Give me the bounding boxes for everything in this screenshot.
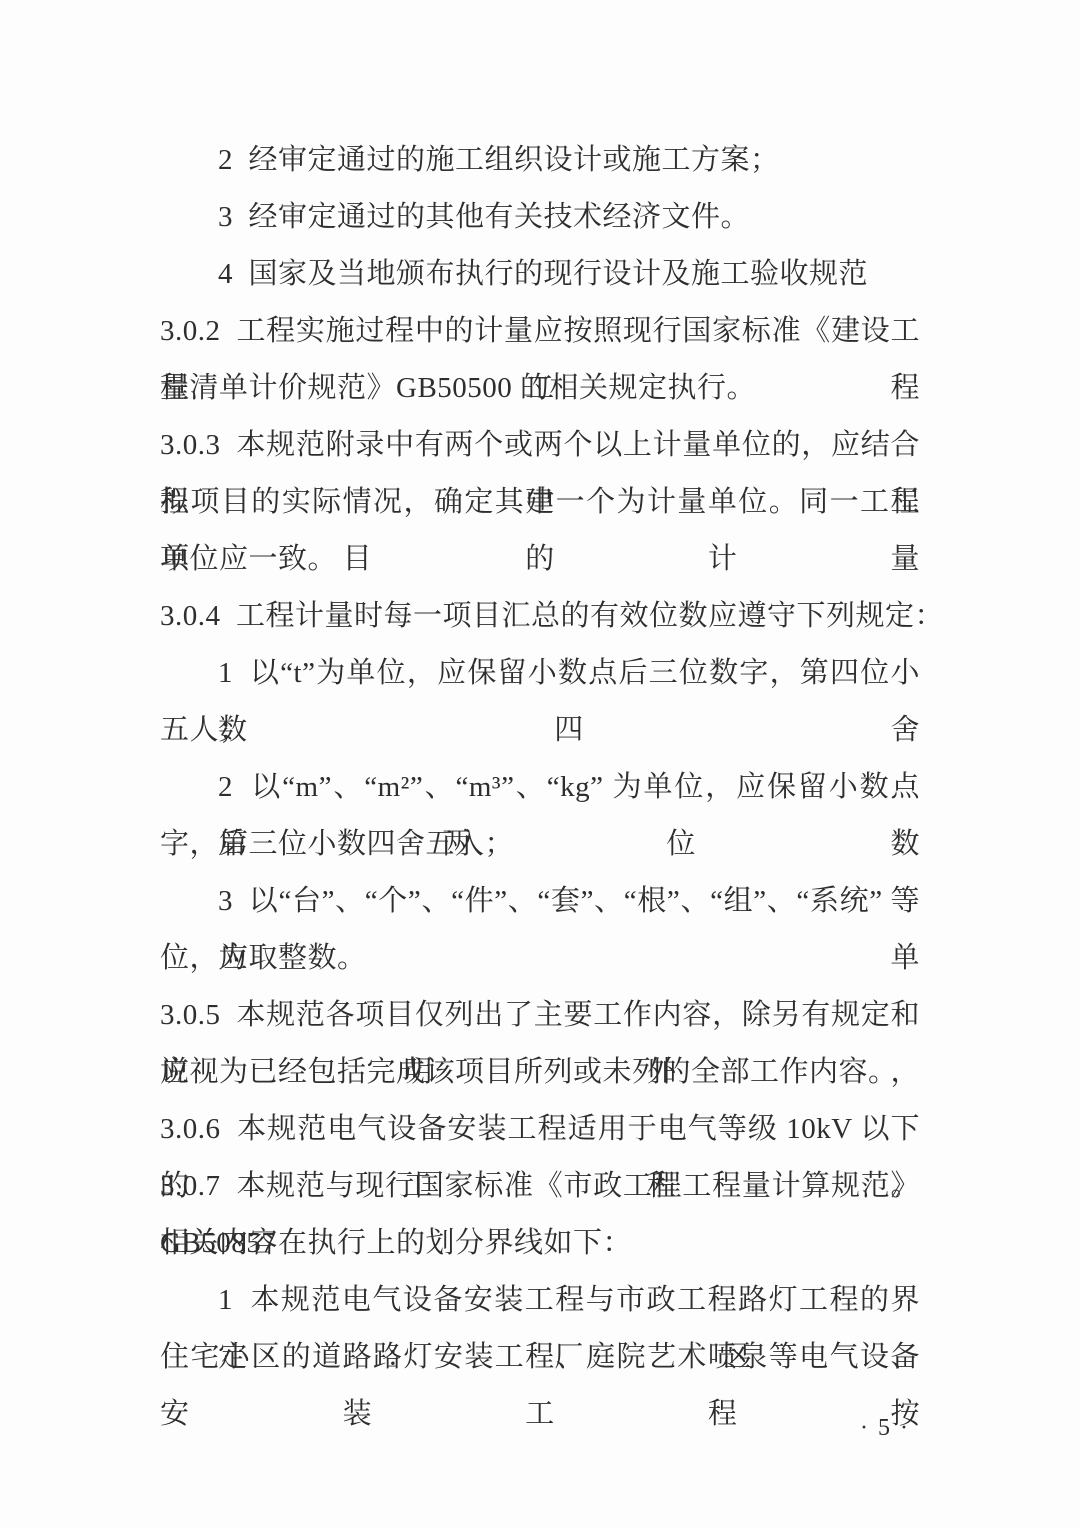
text-line: 2 经审定通过的施工组织设计或施工方案； — [160, 132, 920, 189]
text-line: 3.0.4 工程计量时每一项目汇总的有效位数应遵守下列规定： — [160, 588, 920, 645]
text-line: 应视为已经包括完成该项目所列或未列的全部工作内容。 — [160, 1044, 920, 1101]
text-line: 程项目的实际情况，确定其中一个为计量单位。同一工程项目的计量 — [160, 474, 920, 531]
text-line: 3 以“台”、“个”、“件”、“套”、“根”、“组”、“系统” 等为单 — [160, 873, 920, 930]
text-line: 4 国家及当地颁布执行的现行设计及施工验收规范 — [160, 246, 920, 303]
text-line: 住宅小区的道路路灯安装工程、庭院艺术喷泉等电气设备安装工程按 — [160, 1329, 920, 1386]
text-line: 1 本规范电气设备安装工程与市政工程路灯工程的界定：厂区、 — [160, 1272, 920, 1329]
document-body: 2 经审定通过的施工组织设计或施工方案；3 经审定通过的其他有关技术经济文件。4… — [160, 132, 920, 1386]
text-line: 3.0.7 本规范与现行国家标准《市政工程工程量计算规范》GB50857 — [160, 1158, 920, 1215]
text-line: 3.0.5 本规范各项目仅列出了主要工作内容，除另有规定和说明外， — [160, 987, 920, 1044]
page-number: · 5 · — [860, 1408, 910, 1448]
text-line: 相关内容在执行上的划分界线如下： — [160, 1215, 920, 1272]
text-line: 2 以“m”、“m²”、“m³”、“kg” 为单位，应保留小数点后两位数 — [160, 759, 920, 816]
text-line: 1 以“t”为单位，应保留小数点后三位数字，第四位小数四舍 — [160, 645, 920, 702]
text-line: 3.0.2 工程实施过程中的计量应按照现行国家标准《建设工程工程 — [160, 303, 920, 360]
text-line: 3.0.3 本规范附录中有两个或两个以上计量单位的，应结合拟建工 — [160, 417, 920, 474]
text-line: 3 经审定通过的其他有关技术经济文件。 — [160, 189, 920, 246]
document-page: 2 经审定通过的施工组织设计或施工方案；3 经审定通过的其他有关技术经济文件。4… — [0, 0, 1080, 1527]
text-line: 3.0.6 本规范电气设备安装工程适用于电气等级 10kV 以下的工程。 — [160, 1101, 920, 1158]
